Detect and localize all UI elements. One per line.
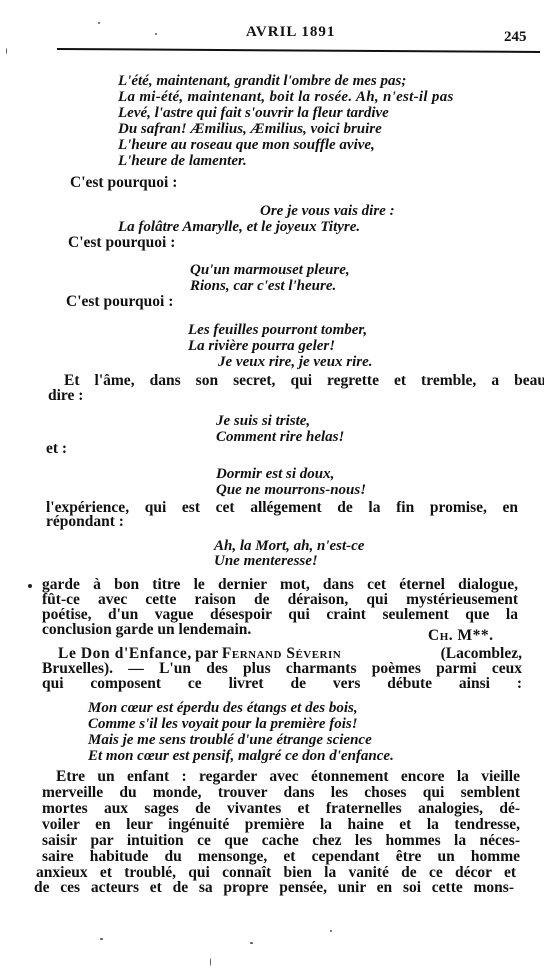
verse-line: Comment rire helas! — [216, 429, 344, 445]
running-head: AVRIL 1891 245 — [0, 24, 544, 44]
verse-line: Dormir est si doux, — [216, 466, 334, 482]
verse-line: La mi-été, maintenant, boit la rosée. Ah… — [118, 89, 454, 105]
cest-pourquoi-label: C'est pourquoi : — [66, 294, 173, 310]
book-page: AVRIL 1891 245 L'été, maintenant, grandi… — [0, 0, 544, 971]
scan-speck — [6, 48, 7, 54]
paragraph-line: dire : — [48, 388, 83, 404]
verse-line: Je veux rire, je veux rire. — [218, 354, 373, 370]
verse-line: Mon cœur est éperdu des étangs et des bo… — [88, 700, 358, 716]
signature: Ch. M**. — [428, 628, 494, 644]
verse-line: Comme s'il les voyait pour la première f… — [88, 716, 358, 732]
verse-line: Rions, car c'est l'heure. — [190, 278, 336, 294]
paragraph-line: Etre un enfant : regarder avec étonnemen… — [56, 769, 520, 785]
verse-line: L'été, maintenant, grandit l'ombre de me… — [118, 73, 406, 89]
paragraph-line: Et l'âme, dans son secret, qui regrette … — [64, 373, 544, 389]
paragraph-line: qui composent ce livret de vers débute a… — [42, 676, 522, 692]
scan-speck — [100, 938, 103, 940]
verse-line: La folâtre Amarylle, et le joyeux Tityre… — [118, 219, 360, 235]
paragraph-line: saisir par intuition ce que cache chez l… — [42, 833, 520, 849]
verse-line: Mais je me sens troublé d'une étrange sc… — [88, 732, 372, 748]
verse-line: L'heure de lamenter. — [118, 153, 247, 169]
verse-line: Une menteresse! — [214, 553, 318, 569]
paragraph-line: voiler en leur ingénuité première la hai… — [42, 817, 520, 833]
paragraph-line: mortes aux sages de vivantes et fraterne… — [42, 801, 520, 817]
paragraph-line: merveille du monde, trouver dans les cho… — [42, 785, 520, 801]
verse-line: Que ne mourrons-nous! — [216, 482, 366, 498]
cest-pourquoi-label: C'est pourquoi : — [68, 235, 175, 251]
running-title: AVRIL 1891 — [246, 24, 335, 41]
cest-pourquoi-label: C'est pourquoi : — [70, 175, 177, 191]
paragraph-line: conclusion garde un lendemain. — [42, 622, 251, 638]
verse-line: Ah, la Mort, ah, n'est-ce — [214, 538, 364, 554]
page-number: 245 — [504, 29, 527, 46]
verse-line: Et mon cœur est pensif, malgré ce don d'… — [88, 748, 394, 764]
margin-mark — [28, 584, 32, 588]
scan-speck — [155, 33, 157, 35]
verse-line: Levé, l'astre qui fait s'ouvrir la fleur… — [118, 105, 389, 121]
verse-line: Du safran! Æmilius, Æmilius, voici bruir… — [118, 121, 382, 137]
paragraph-line: de ces acteurs et de sa propre pensée, u… — [34, 880, 514, 896]
et-label: et : — [46, 441, 67, 457]
verse-line: Les feuilles pourront tomber, — [188, 322, 367, 338]
scan-speck — [98, 22, 100, 24]
verse-line: La rivière pourra geler! — [188, 338, 335, 354]
header-rule — [57, 48, 540, 53]
verse-line: Qu'un marmouset pleure, — [190, 262, 350, 278]
scan-speck — [210, 958, 211, 966]
verse-line: L'heure au roseau que mon souffle avive, — [118, 137, 375, 153]
paragraph-line: saire habitude du mensonge, et cependant… — [42, 849, 520, 865]
paragraph-line: répondant : — [46, 514, 124, 530]
scan-speck — [250, 942, 253, 944]
verse-line: Ore je vous vais dire : — [260, 203, 395, 219]
scan-speck — [330, 930, 332, 932]
verse-line: Je suis si triste, — [216, 413, 310, 429]
